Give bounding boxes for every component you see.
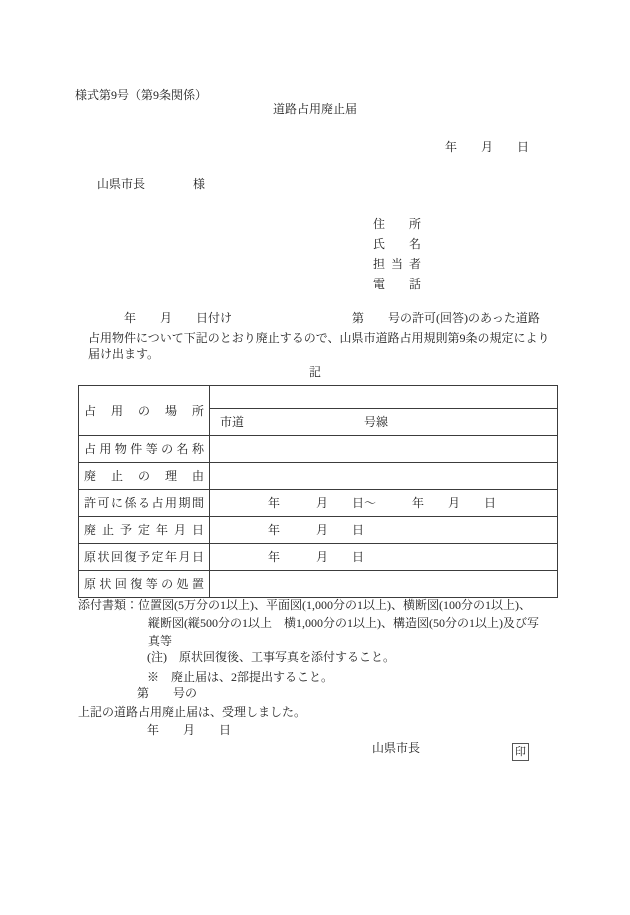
document-title: 道路占用廃止届 — [0, 101, 630, 117]
road-line-value: 市道 号線 — [210, 409, 558, 436]
occupation-place-value — [210, 386, 558, 409]
restoration-measures-value — [210, 571, 558, 598]
occupation-place-row: 占用の場所 — [79, 386, 558, 409]
addressee-line: 山県市長 様 — [97, 176, 205, 192]
planned-abolition-date-value: 年 月 日 — [210, 517, 558, 544]
planned-abolition-date-row: 廃止予定年月日 年 月 日 — [79, 517, 558, 544]
restoration-date-label: 原状回復予定年月日 — [79, 544, 210, 571]
attachment-documents-line-2: 縦断図(縦500分の1以上 横1,000分の1以上)、構造図(50分の1以上)及… — [148, 615, 539, 631]
restoration-measures-row: 原状回復等の処置 — [79, 571, 558, 598]
applicant-contact-person-label: 担当者 — [373, 254, 421, 274]
receipt-date-line: 年 月 日 — [147, 722, 231, 738]
body-paragraph-line-1: 年 月 日付け 第 号の許可(回答)のあった道路 — [88, 310, 540, 326]
permission-period-label: 許可に係る占用期間 — [79, 490, 210, 517]
applicant-name-label: 氏名 — [373, 234, 421, 254]
occupation-place-label: 占用の場所 — [79, 386, 210, 436]
permission-period-value: 年 月 日～ 年 月 日 — [210, 490, 558, 517]
applicant-phone-label: 電話 — [373, 274, 421, 294]
attachment-documents-line-3: 真等 — [148, 633, 172, 649]
abolition-reason-row: 廃止の理由 — [79, 463, 558, 490]
mayor-signature-label: 山県市長 — [372, 740, 420, 756]
body-paragraph-line-3: 届け出ます。 — [88, 346, 159, 362]
body-paragraph-line-2: 占用物件について下記のとおり廃止するので、山県市道路占用規則第9条の規定により — [88, 330, 550, 346]
asterisk-note-line: ※ 廃止届は、2部提出すること。 — [147, 669, 333, 685]
attachment-documents-line-1: 添付書類：位置図(5万分の1以上)、平面図(1,000分の1以上)、横断図(10… — [78, 597, 531, 613]
details-table: 占用の場所 市道 号線 占用物件等の名称 廃止の理由 許可に係る占用期間 年 月… — [78, 385, 558, 598]
occupation-object-name-value — [210, 436, 558, 463]
restoration-date-row: 原状回復予定年月日 年 月 日 — [79, 544, 558, 571]
occupation-object-name-label: 占用物件等の名称 — [79, 436, 210, 463]
record-heading: 記 — [0, 364, 630, 380]
seal-mark: 印 — [512, 743, 529, 761]
occupation-object-name-row: 占用物件等の名称 — [79, 436, 558, 463]
applicant-block: 住所 氏名 担当者 電話 — [373, 214, 421, 294]
note-line: (注) 原状回復後、工事写真を添付すること。 — [147, 649, 395, 665]
restoration-measures-label: 原状回復等の処置 — [79, 571, 210, 598]
receipt-number-line: 第 号の — [137, 685, 197, 701]
permission-period-row: 許可に係る占用期間 年 月 日～ 年 月 日 — [79, 490, 558, 517]
submission-date-field: 年 月 日 — [445, 139, 529, 155]
form-page: 様式第9号（第9条関係） 道路占用廃止届 年 月 日 山県市長 様 住所 氏名 … — [0, 0, 630, 915]
planned-abolition-date-label: 廃止予定年月日 — [79, 517, 210, 544]
receipt-statement-line: 上記の道路占用廃止届は、受理しました。 — [78, 704, 306, 720]
applicant-address-label: 住所 — [373, 214, 421, 234]
abolition-reason-value — [210, 463, 558, 490]
abolition-reason-label: 廃止の理由 — [79, 463, 210, 490]
restoration-date-value: 年 月 日 — [210, 544, 558, 571]
